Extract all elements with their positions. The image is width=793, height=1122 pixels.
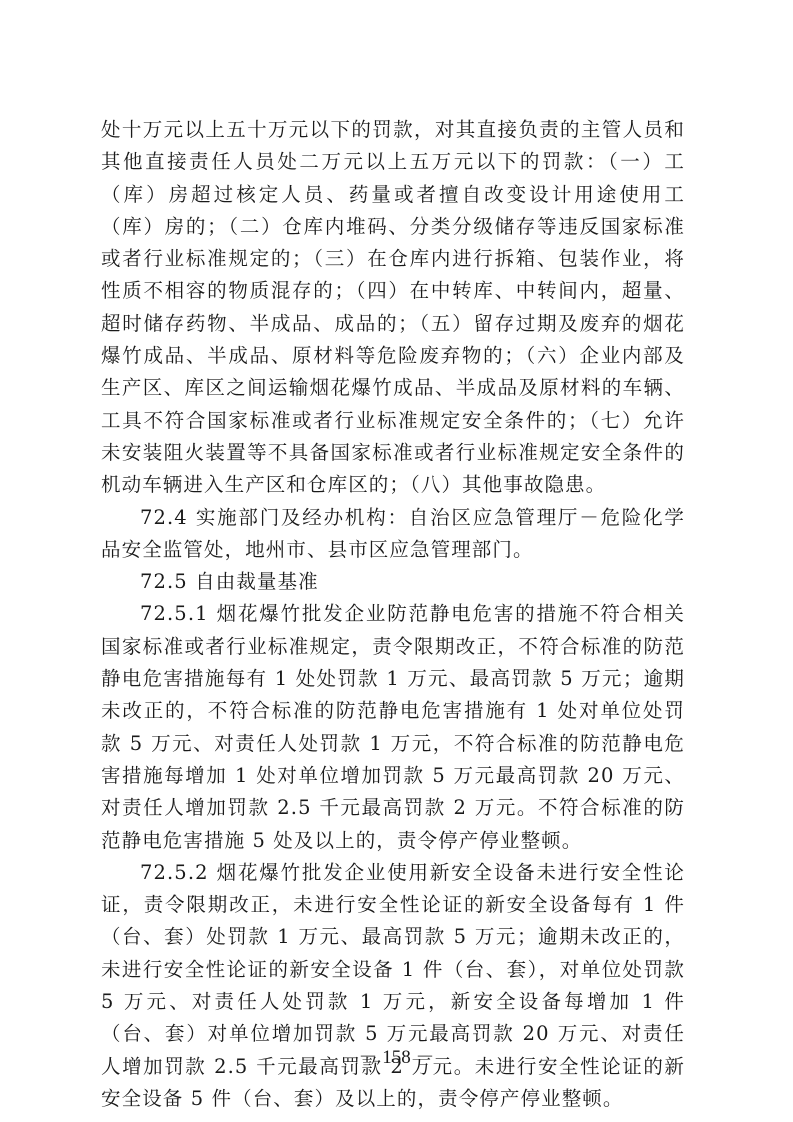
paragraph-72-4-implementing-agency: 72.4 实施部门及经办机构：自治区应急管理厅－危险化学品安全监管处，地州市、县… [101, 502, 685, 567]
document-page: 处十万元以上五十万元以下的罚款，对其直接负责的主管人员和其他直接责任人员处二万元… [0, 0, 793, 1122]
paragraph-penalty-list: 处十万元以上五十万元以下的罚款，对其直接负责的主管人员和其他直接责任人员处二万元… [101, 114, 685, 502]
document-body: 处十万元以上五十万元以下的罚款，对其直接负责的主管人员和其他直接责任人员处二万元… [101, 114, 685, 1115]
section-heading-72-5: 72.5 自由裁量基准 [101, 566, 685, 598]
page-number: － 158 － [0, 1042, 793, 1069]
paragraph-72-5-1: 72.5.1 烟花爆竹批发企业防范静电危害的措施不符合相关国家标准或者行业标准规… [101, 598, 685, 856]
paragraph-72-5-2: 72.5.2 烟花爆竹批发企业使用新安全设备未进行安全性论证，责令限期改正，未进… [101, 857, 685, 1115]
